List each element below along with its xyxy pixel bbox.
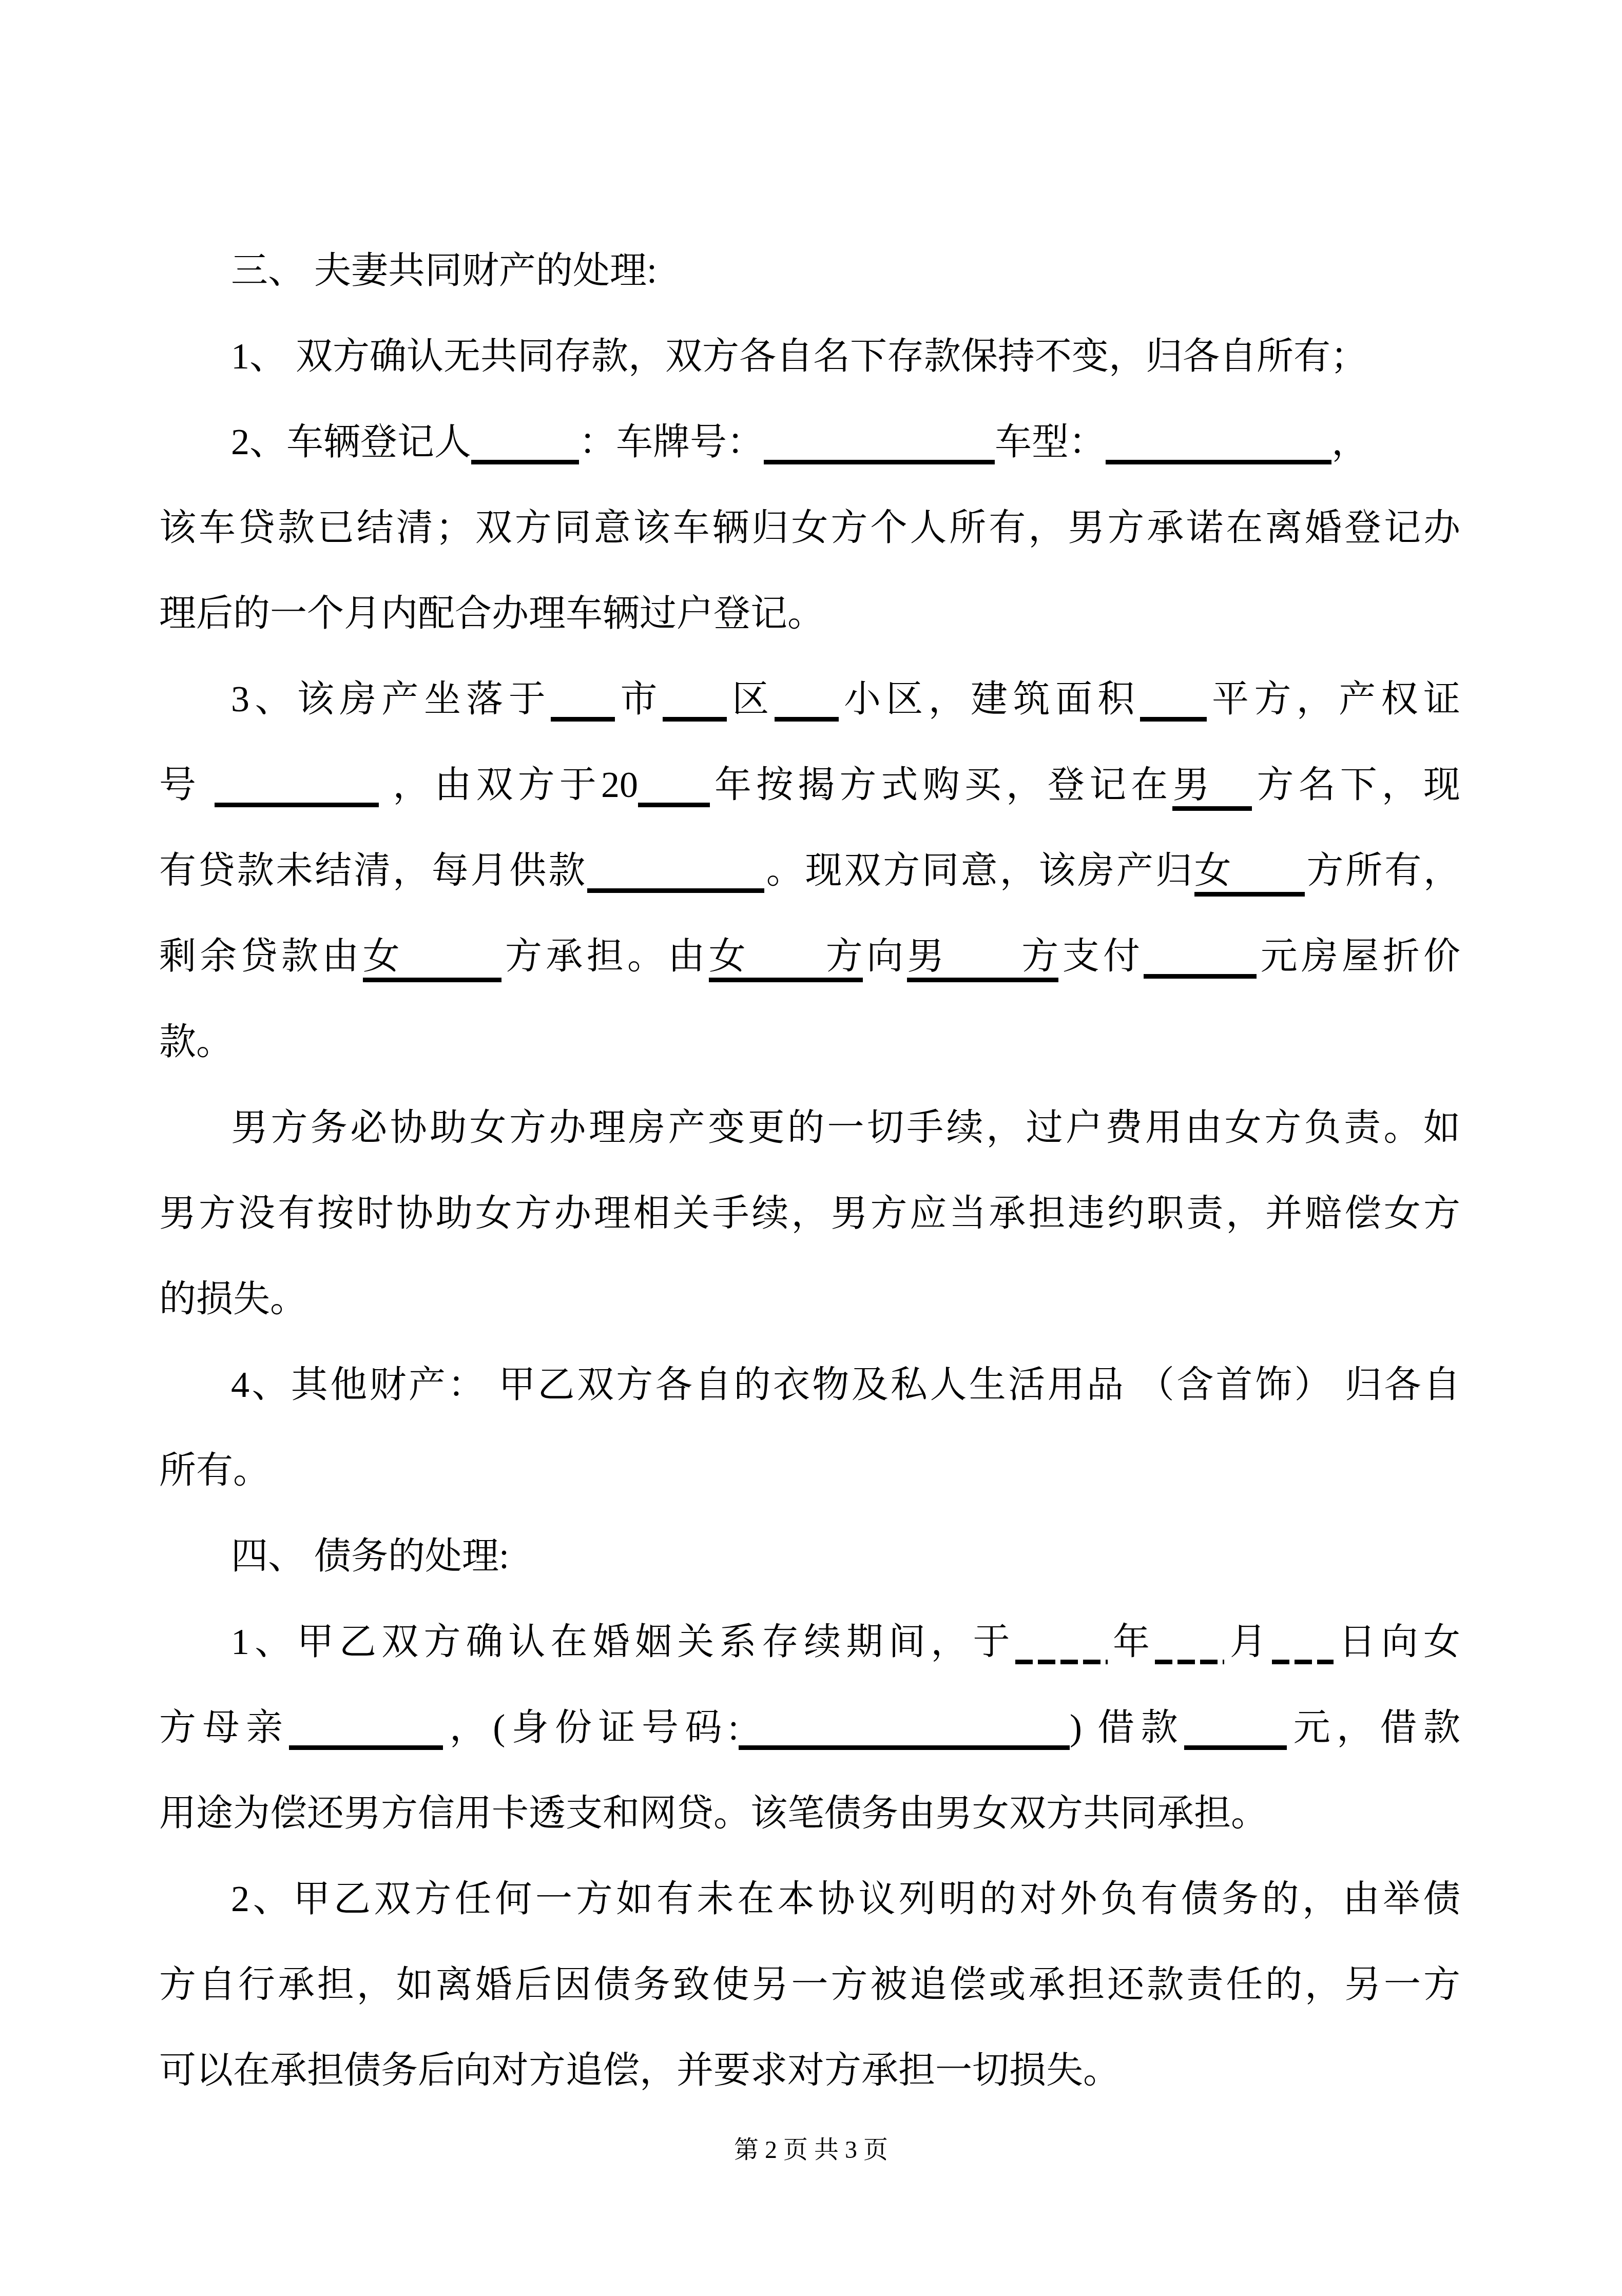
document-page: { "colors": { "text": "#000000", "page_b… bbox=[0, 0, 1622, 2296]
text-run: 四、 债务的处理: bbox=[231, 1535, 509, 1577]
document-line: 剩余贷款由女方承担。由女方向男方支付元房屋折价 bbox=[159, 913, 1460, 999]
text-run: 日向女 bbox=[1334, 1621, 1460, 1662]
document-line: 1、甲乙双方确认在婚姻关系存续期间，于年月日向女 bbox=[159, 1599, 1460, 1685]
blank-underline bbox=[1184, 1735, 1287, 1750]
blank-underline bbox=[638, 792, 710, 807]
document-line: 三、 夫妻共同财产的处理: bbox=[159, 228, 1460, 314]
document-line: 号 ，由双方于20年按揭方式购买，登记在男方名下，现 bbox=[159, 742, 1460, 828]
filled-blank: 男 bbox=[1172, 764, 1252, 811]
text-run: 男方务必协助女方办理房产变更的一切手续，过户费用由女方负责。如 bbox=[231, 1107, 1460, 1148]
text-run: 年按揭方式购买，登记在 bbox=[710, 764, 1172, 805]
text-run: 。现双方同意，该房产归 bbox=[764, 850, 1194, 891]
text-run: 平方，产权证 bbox=[1207, 678, 1460, 719]
text-run: 年 bbox=[1108, 1621, 1155, 1662]
document-line: 有贷款未结清，每月供款。现双方同意，该房产归女方所有， bbox=[159, 828, 1460, 913]
text-run: 款。 bbox=[159, 1021, 233, 1062]
text-run: 支付 bbox=[1058, 936, 1144, 977]
text-run: 4、其他财产： 甲乙双方各自的衣物及私人生活用品 （含首饰） 归各自 bbox=[231, 1364, 1460, 1405]
filled-blank: 女 bbox=[363, 935, 501, 982]
text-run: 可以在承担债务后向对方追偿，并要求对方承担一切损失。 bbox=[159, 2050, 1120, 2091]
text-run: 区 bbox=[727, 678, 775, 719]
text-run: 月 bbox=[1224, 1621, 1272, 1662]
blank-underline bbox=[551, 707, 615, 722]
text-run: ，(身份证号码: bbox=[443, 1707, 739, 1748]
text-run: 方所有， bbox=[1305, 850, 1460, 891]
blank-underline bbox=[663, 707, 727, 722]
document-line: 的损失。 bbox=[159, 1256, 1460, 1342]
text-run: 车型： bbox=[995, 421, 1106, 462]
blank-underline bbox=[775, 707, 839, 722]
blank-underscore bbox=[1015, 1654, 1108, 1664]
text-run: 小区，建筑面积 bbox=[839, 678, 1140, 719]
document-line: 可以在承担债务后向对方追偿，并要求对方承担一切损失。 bbox=[159, 2028, 1460, 2113]
text-run: 该车贷款已结清；双方同意该车辆归女方个人所有，男方承诺在离婚登记办 bbox=[159, 507, 1460, 548]
blank-underline bbox=[764, 450, 995, 464]
text-run: 向 bbox=[863, 936, 907, 977]
document-line: 方母亲，(身份证号码:) 借款元，借款 bbox=[159, 1685, 1460, 1770]
text-run: 男方没有按时协助女方办理相关手续，男方应当承担违约职责，并赔偿女方 bbox=[159, 1193, 1460, 1234]
text-run: 2、甲乙双方任何一方如有未在本协议列明的对外负有债务的，由举债 bbox=[231, 1878, 1460, 1919]
text-run: 1、甲乙双方确认在婚姻关系存续期间，于 bbox=[231, 1621, 1015, 1662]
blank-underline bbox=[1140, 707, 1207, 722]
text-run: 三、 夫妻共同财产的处理: bbox=[231, 250, 657, 291]
text-run: 元房屋折价 bbox=[1257, 936, 1460, 977]
document-line: 2、甲乙双方任何一方如有未在本协议列明的对外负有债务的，由举债 bbox=[159, 1856, 1460, 1942]
text-run: ：车牌号： bbox=[579, 421, 764, 462]
blank-underline bbox=[289, 1735, 443, 1750]
document-line: 男方没有按时协助女方办理相关手续，男方应当承担违约职责，并赔偿女方 bbox=[159, 1171, 1460, 1256]
text-run: 方承担。由 bbox=[501, 936, 709, 977]
blank-underscore bbox=[1155, 1654, 1224, 1664]
blank-underline bbox=[471, 450, 579, 464]
text-run: 号 bbox=[159, 764, 215, 805]
blank-underline bbox=[587, 878, 764, 893]
blank-underline bbox=[739, 1735, 1070, 1750]
text-run: 有贷款未结清，每月供款 bbox=[159, 850, 587, 891]
document-line: 所有。 bbox=[159, 1428, 1460, 1513]
document-line: 方自行承担，如离婚后因债务致使另一方被追偿或承担还款责任的，另一方 bbox=[159, 1942, 1460, 2028]
text-run: 市 bbox=[615, 678, 663, 719]
document-line: 3、该房产坐落于市区小区，建筑面积平方，产权证 bbox=[159, 656, 1460, 742]
page-number: 第 2 页 共 3 页 bbox=[0, 2130, 1622, 2165]
filled-blank: 女 bbox=[1194, 849, 1305, 897]
text-run: 2、车辆登记人 bbox=[231, 421, 471, 462]
document-line: 2、车辆登记人：车牌号：车型：， bbox=[159, 399, 1460, 485]
text-run: 的损失。 bbox=[159, 1278, 307, 1319]
document-line: 用途为偿还男方信用卡透支和网贷。该笔债务由男女双方共同承担。 bbox=[159, 1770, 1460, 1856]
text-run: 3、该房产坐落于 bbox=[231, 678, 551, 719]
text-run: 元，借款 bbox=[1287, 1707, 1460, 1748]
text-run: 所有。 bbox=[159, 1450, 270, 1491]
blank-underscore bbox=[1272, 1654, 1334, 1664]
document-line: 男方务必协助女方办理房产变更的一切手续，过户费用由女方负责。如 bbox=[159, 1085, 1460, 1171]
text-run: 理后的一个月内配合办理车辆过户登记。 bbox=[159, 593, 824, 634]
blank-underline bbox=[1106, 450, 1331, 464]
text-run: 方母亲 bbox=[159, 1707, 289, 1748]
filled-blank: 男方 bbox=[907, 935, 1058, 982]
document-line: 1、 双方确认无共同存款，双方各自名下存款保持不变，归各自所有； bbox=[159, 314, 1460, 399]
text-run: 方自行承担，如离婚后因债务致使另一方被追偿或承担还款责任的，另一方 bbox=[159, 1964, 1460, 2005]
document-line: 该车贷款已结清；双方同意该车辆归女方个人所有，男方承诺在离婚登记办 bbox=[159, 485, 1460, 571]
text-run: ， bbox=[1331, 421, 1368, 462]
text-run: 1、 双方确认无共同存款，双方各自名下存款保持不变，归各自所有； bbox=[231, 336, 1367, 377]
text-run: ) 借款 bbox=[1070, 1707, 1184, 1748]
text-run: 用途为偿还男方信用卡透支和网贷。该笔债务由男女双方共同承担。 bbox=[159, 1793, 1268, 1834]
document-body: 三、 夫妻共同财产的处理:1、 双方确认无共同存款，双方各自名下存款保持不变，归… bbox=[159, 228, 1460, 2113]
document-line: 4、其他财产： 甲乙双方各自的衣物及私人生活用品 （含首饰） 归各自 bbox=[159, 1342, 1460, 1428]
filled-blank: 女方 bbox=[709, 935, 863, 982]
blank-underline bbox=[215, 792, 379, 807]
blank-underline bbox=[1144, 964, 1257, 979]
document-line: 款。 bbox=[159, 999, 1460, 1085]
text-run: 方名下，现 bbox=[1252, 764, 1460, 805]
text-run: 剩余贷款由 bbox=[159, 936, 363, 977]
document-line: 理后的一个月内配合办理车辆过户登记。 bbox=[159, 571, 1460, 656]
text-run: ，由双方于20 bbox=[379, 764, 638, 805]
document-line: 四、 债务的处理: bbox=[159, 1513, 1460, 1599]
